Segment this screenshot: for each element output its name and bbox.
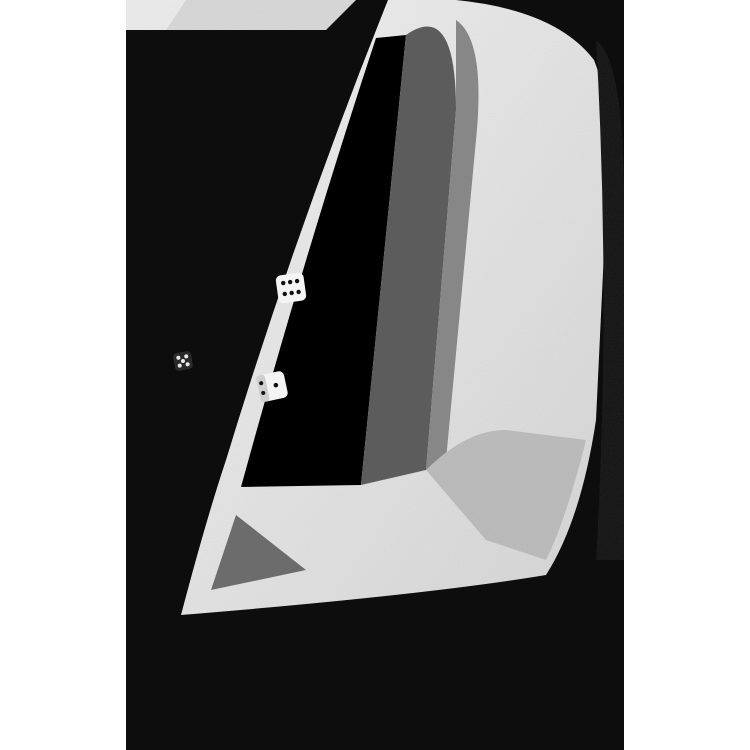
photograph	[126, 0, 624, 750]
die-six	[275, 272, 307, 304]
die-five	[173, 351, 194, 372]
die-three	[256, 370, 289, 402]
